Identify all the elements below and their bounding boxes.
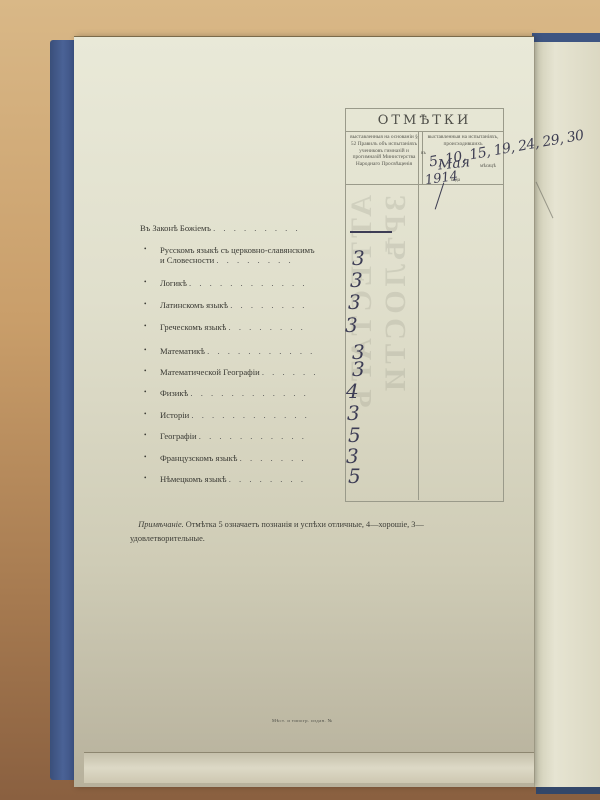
subject-name: Физикѣ . . . . . . . . . . . .: [160, 388, 309, 398]
bullet-icon: •: [144, 474, 146, 482]
label-in: въ: [421, 151, 426, 156]
note-label: Примѣчаніе.: [138, 520, 183, 529]
printer-imprint: Мѣст. и типогр. издан. №: [272, 718, 333, 723]
subject-name: Математикѣ . . . . . . . . . . .: [160, 346, 315, 356]
bullet-icon: •: [144, 278, 146, 286]
marks-column-divider: [418, 131, 419, 500]
bullet-icon: •: [144, 346, 146, 354]
bullet-icon: •: [144, 388, 146, 396]
subject-name: Латинскомъ языкѣ . . . . . . . .: [160, 300, 307, 310]
subject-name: Логикѣ . . . . . . . . . . . .: [160, 278, 307, 288]
grade-german: 5: [348, 464, 361, 488]
bullet-icon: •: [144, 431, 146, 439]
label-month: мѣсяцѣ: [480, 164, 496, 169]
bullet-icon: •: [144, 322, 146, 330]
book-cover-spine-left: [50, 40, 76, 780]
subject-name: Географіи . . . . . . . . . . .: [160, 431, 307, 441]
column1-caption: выставленныя на основаніи § 52 Правилъ о…: [346, 132, 423, 184]
grading-note: Примѣчаніе. Отмѣтка 5 означаетъ познанія…: [130, 518, 480, 546]
bullet-icon: •: [144, 245, 146, 253]
grade-logic: 3: [350, 268, 363, 292]
grade-dash-religion: [350, 231, 392, 233]
grade-math-geography: 3: [352, 357, 365, 381]
page-folded-bottom-edge: [84, 752, 534, 783]
grade-latin: 3: [348, 290, 361, 314]
grade-russian: 3: [352, 246, 365, 270]
bullet-icon: •: [144, 410, 146, 418]
subject-name: Исторіи . . . . . . . . . . . .: [160, 410, 310, 420]
subject-name: Греческомъ языкѣ . . . . . . . .: [160, 322, 306, 332]
grade-physics: 4: [346, 379, 359, 403]
bullet-icon: •: [144, 367, 146, 375]
bullet-icon: •: [144, 300, 146, 308]
bullet-icon: •: [144, 453, 146, 461]
grade-history: 3: [347, 401, 360, 425]
marks-table-header: ОТМѢТКИ: [346, 109, 503, 132]
grade-greek: 3: [345, 313, 358, 337]
subject-name: Русскомъ языкѣ съ церковно-славянскимъи …: [160, 245, 315, 265]
facing-page-right: [534, 42, 600, 787]
subject-name: Французскомъ языкѣ . . . . . . .: [160, 453, 307, 463]
subject-name: Въ Законѣ Божіемъ . . . . . . . . .: [140, 223, 301, 233]
subject-name: Нѣмецкомъ языкѣ . . . . . . . .: [160, 474, 306, 484]
subject-name: Математической Географіи . . . . . .: [160, 367, 319, 377]
